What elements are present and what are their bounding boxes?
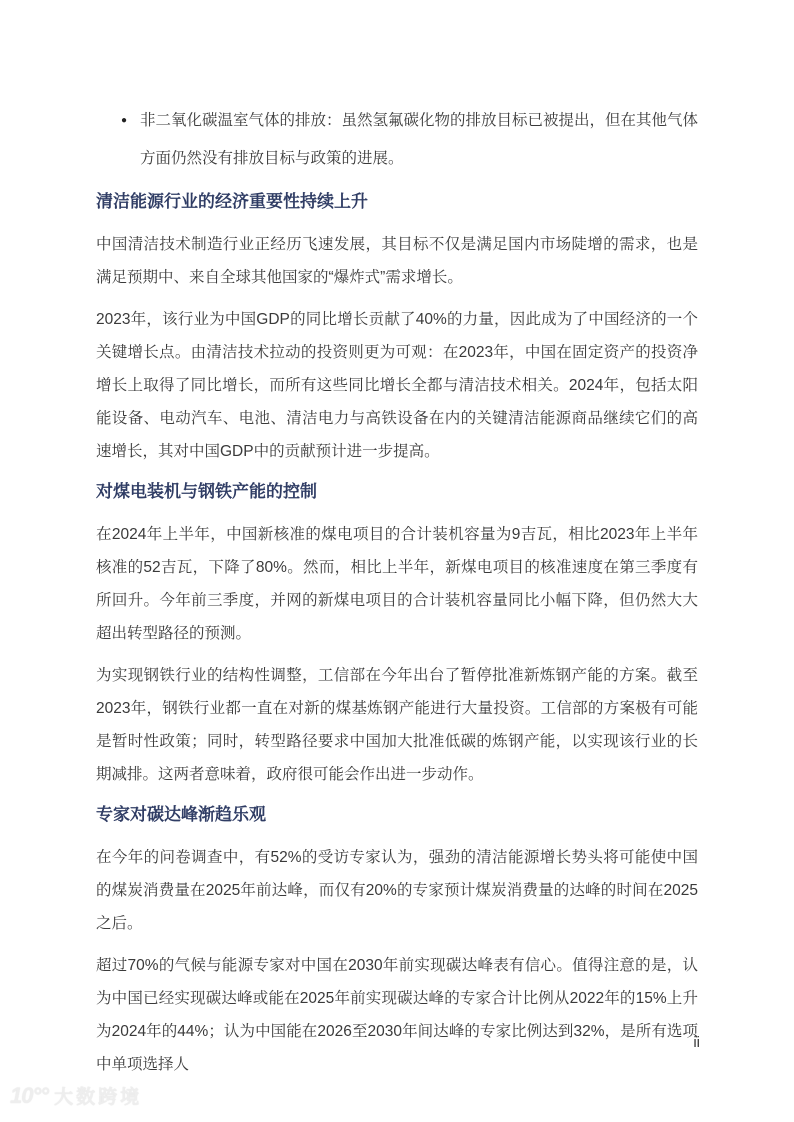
paragraph-carbon-peak-confidence: 超过70%的气候与能源专家对中国在2030年前实现碳达峰表有信心。值得注意的是，… [96,949,698,1081]
bullet-dot-icon: ● [121,102,127,140]
watermark-brand-text: 大数跨境 [54,1082,142,1109]
paragraph-steel-capacity: 为实现钢铁行业的结构性调整，工信部在今年出台了暂停批准新炼钢产能的方案。截至20… [96,659,698,791]
paragraph-gdp-contribution: 2023年，该行业为中国GDP的同比增长贡献了40%的力量，因此成为了中国经济的… [96,303,698,468]
bullet-text: 非二氧化碳温室气体的排放：虽然氢氟碳化物的排放目标已被提出，但在其他气体方面仍然… [140,112,698,167]
paragraph-cleantech-growth: 中国清洁技术制造行业正经历飞速发展，其目标不仅是满足国内市场陡增的需求，也是满足… [96,228,698,294]
section-heading-clean-energy-economy: 清洁能源行业的经济重要性持续上升 [96,190,698,214]
section-heading-experts-peak-optimism: 专家对碳达峰渐趋乐观 [96,803,698,827]
list-item: ● 非二氧化碳温室气体的排放：虽然氢氟碳化物的排放目标已被提出，但在其他气体方面… [96,102,698,178]
watermark: 10°° 大数跨境 [10,1082,142,1109]
document-page: ● 非二氧化碳温室气体的排放：虽然氢氟碳化物的排放目标已被提出，但在其他气体方面… [0,0,794,1122]
paragraph-coal-approvals: 在2024年上半年，中国新核准的煤电项目的合计装机容量为9吉瓦，相比2023年上… [96,518,698,650]
watermark-logo-icon: 10°° [10,1083,48,1109]
bullet-list: ● 非二氧化碳温室气体的排放：虽然氢氟碳化物的排放目标已被提出，但在其他气体方面… [96,102,698,178]
page-number: ii [693,1034,700,1051]
paragraph-survey-coal-peak: 在今年的问卷调查中，有52%的受访专家认为，强劲的清洁能源增长势头将可能使中国的… [96,841,698,940]
section-heading-coal-steel-control: 对煤电装机与钢铁产能的控制 [96,480,698,504]
